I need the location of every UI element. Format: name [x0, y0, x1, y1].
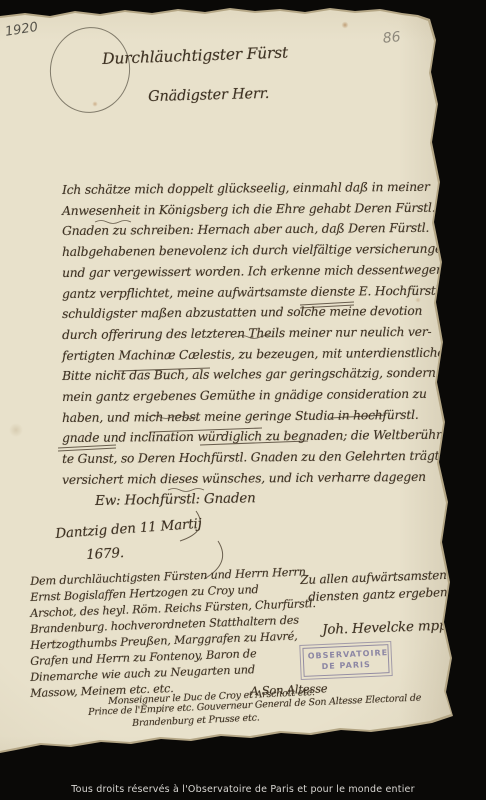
body-line: Gnaden zu schreiben: Hernach aber auch, … — [62, 222, 469, 238]
hevelius-signature: Joh. Hevelcke mpp. — [322, 619, 452, 637]
photo-backdrop: 1920 86 Durchläuchtigster Fürst Gnädigst… — [0, 0, 486, 800]
closing-formula: Ew: Hochfürstl: Gnaden — [95, 492, 256, 508]
body-line: halbgehabenen benevolenz ich durch vielf… — [62, 242, 486, 258]
dateline-year: 1679. — [86, 547, 124, 562]
copyright-caption: Tous droits réservés à l'Observatoire de… — [0, 784, 486, 795]
manuscript-page: 1920 86 Durchläuchtigster Fürst Gnädigst… — [0, 0, 486, 800]
body-line: mein gantz ergebenes Gemüthe in gnädige … — [62, 388, 427, 403]
dateline-place: Dantzig den 11 Martij — [55, 518, 202, 542]
body-line: schuldigster maßen abzustatten und solch… — [62, 305, 422, 320]
body-line: gnade und inclination würdiglich zu begn… — [62, 429, 451, 445]
observatoire-stamp: OBSERVATOIRE DE PARIS — [302, 644, 389, 676]
body-line: fertigten Machinæ Cælestis, zu bezeugen,… — [62, 346, 450, 362]
body-line: te Gunst, so Deren Hochfürstl. Gnaden zu… — [62, 450, 443, 466]
salutation-line-2: Gnädigster Herr. — [148, 87, 269, 105]
address-line: Dinemarche wie auch zu Neugarten und — [30, 664, 255, 683]
body-line: durch offerirung des letzteren Theils me… — [62, 326, 431, 342]
pencil-oval-doodle — [43, 21, 137, 120]
archive-number: 1920 — [4, 20, 39, 40]
valediction-line-1: Zu allen aufwärtsamsten — [300, 569, 447, 586]
body-line: Anwesenheit in Königsberg ich die Ehre g… — [62, 201, 436, 217]
salutation-line-1: Durchläuchtigster Fürst — [102, 46, 288, 68]
body-line: und gar vergewissert worden. Ich erkenne… — [62, 263, 444, 279]
body-line: gantz verpflichtet, meine aufwärtsamste … — [62, 284, 483, 300]
body-line: haben, und mich nebst meine geringe Stud… — [62, 409, 419, 424]
body-line: Bitte nicht das Buch, als welches gar ge… — [62, 367, 436, 383]
body-line: Ich schätze mich doppelt glückseelig, ei… — [62, 181, 430, 197]
body-line: versichert mich dieses wünsches, und ich… — [62, 471, 426, 486]
folio-number: 86 — [382, 29, 401, 47]
address-line: Dem durchläuchtigsten Fürsten und Herrn … — [30, 566, 306, 587]
valediction-line-2: diensten gantz ergebener — [308, 586, 460, 603]
address-french-line: Brandenburg et Prusse etc. — [132, 713, 260, 728]
